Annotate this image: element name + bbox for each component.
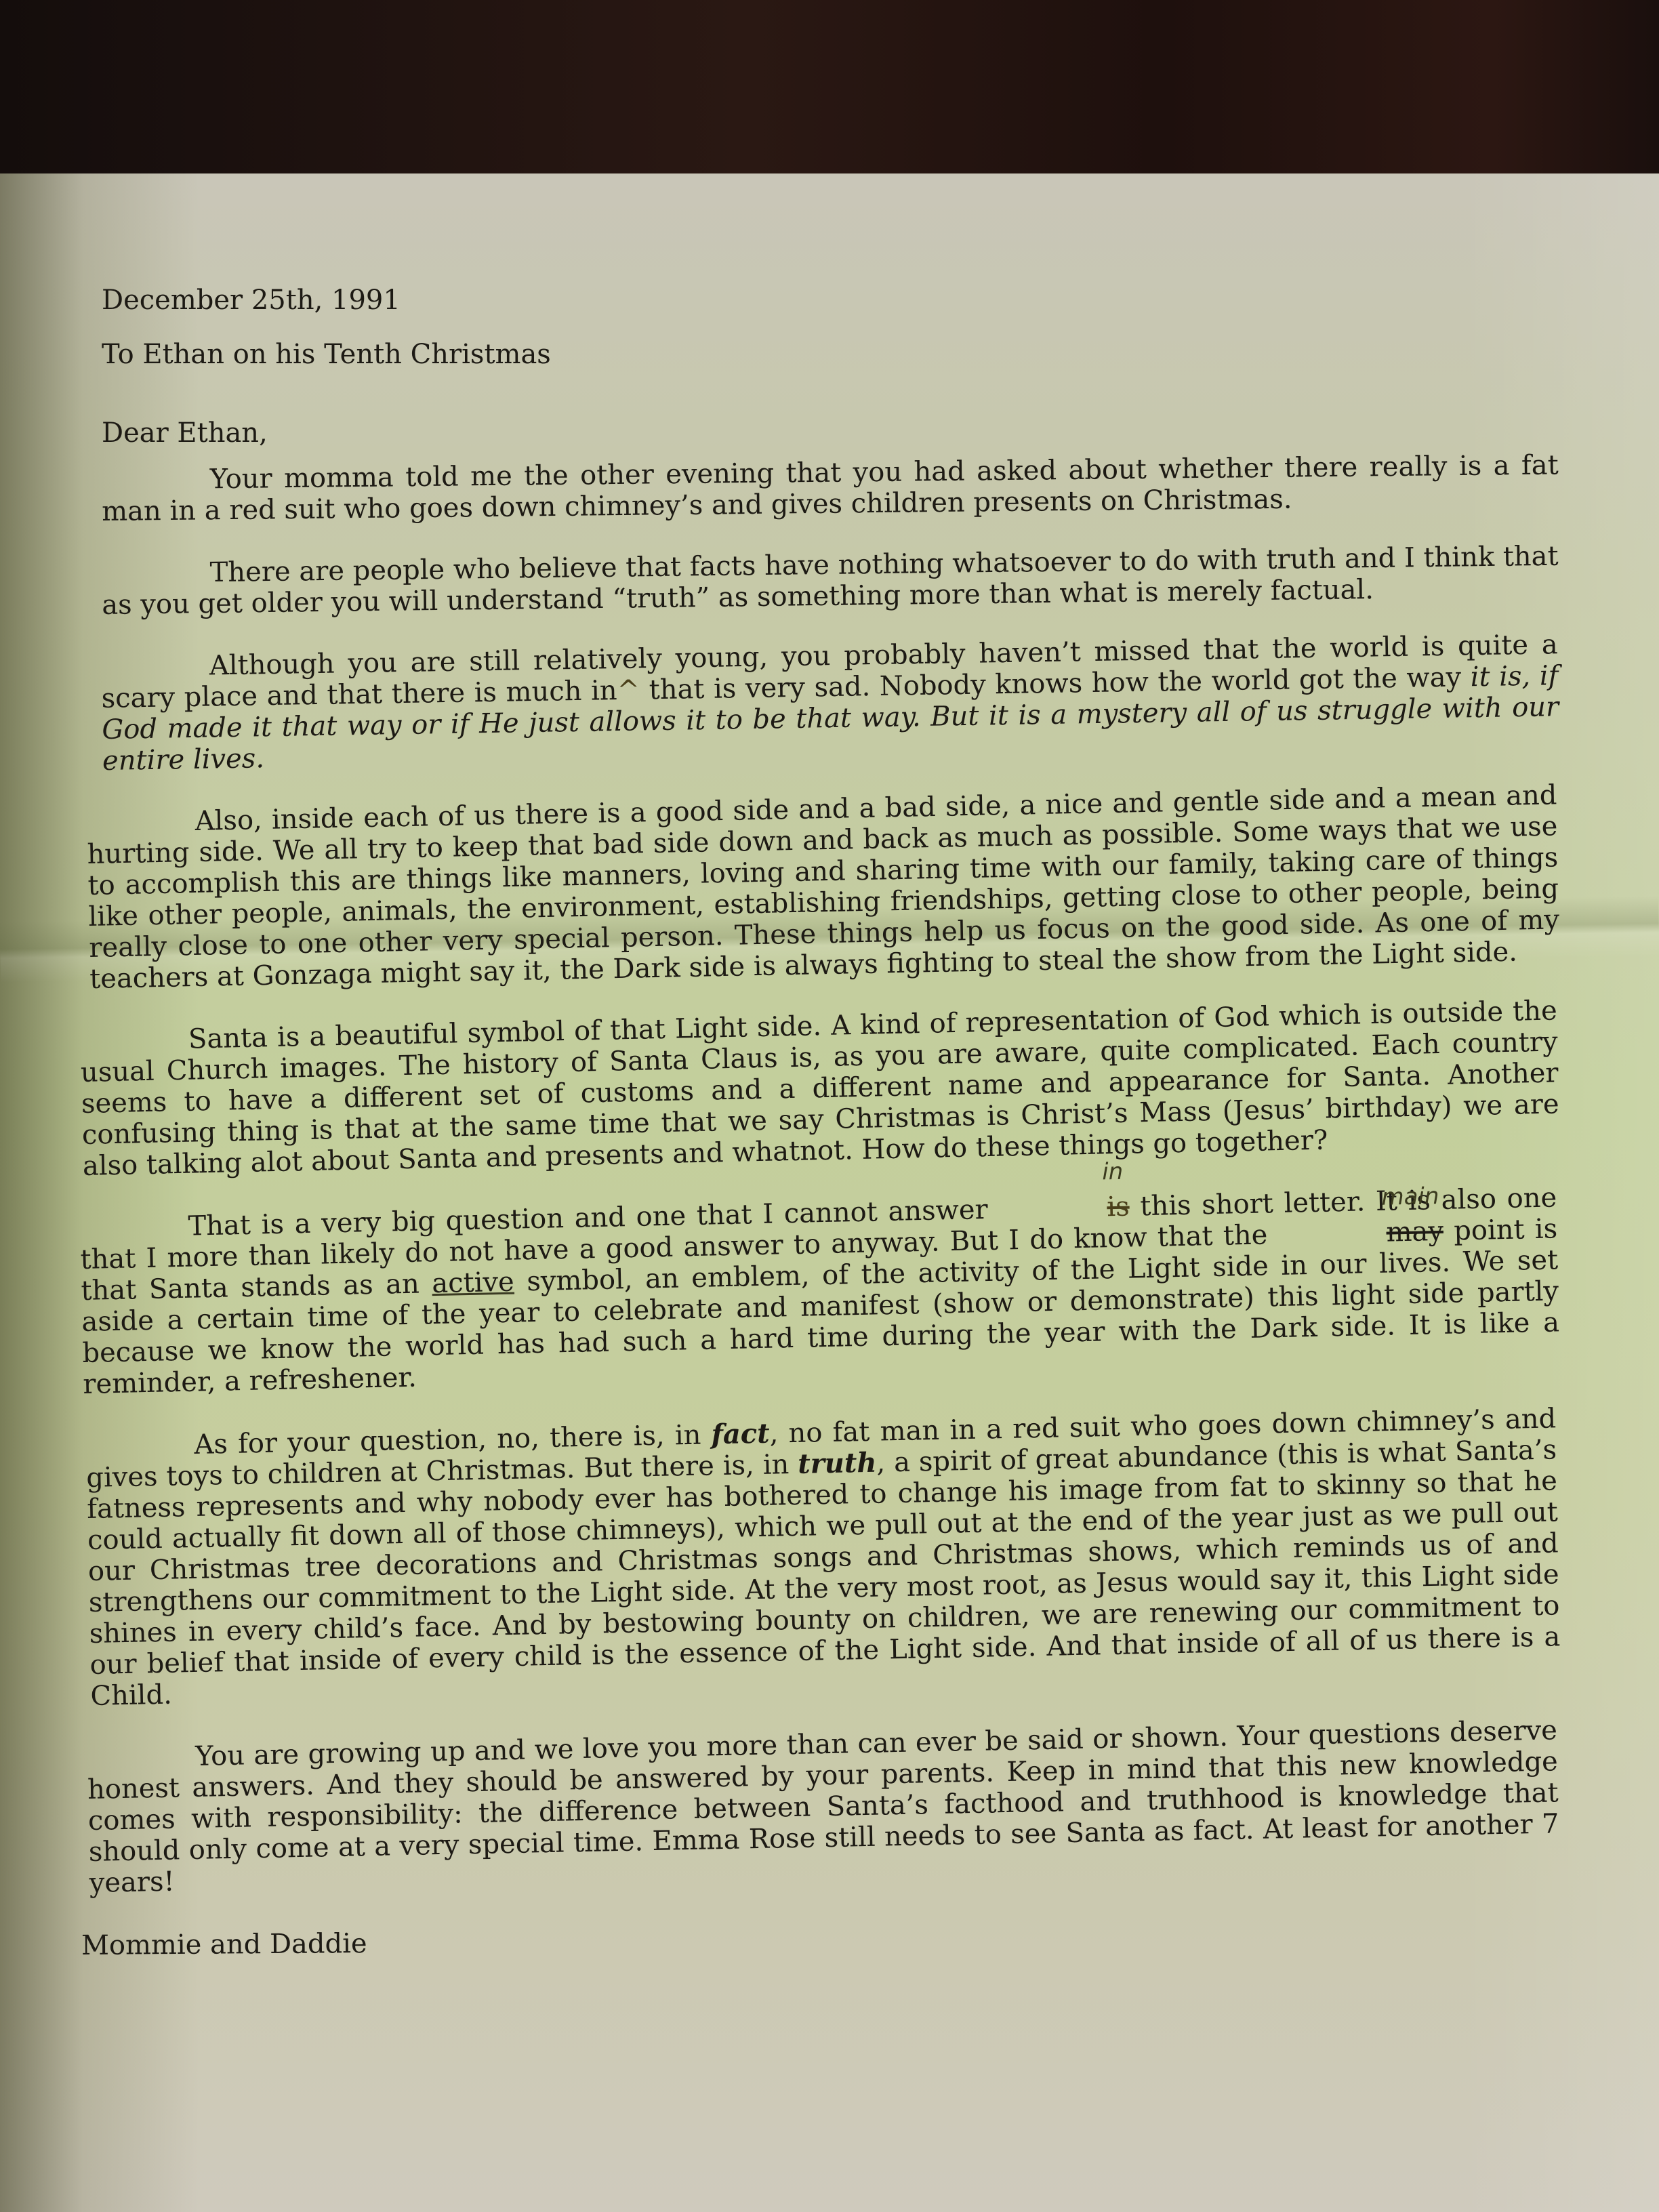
handwritten-insert: inis [998, 1191, 1130, 1225]
handwritten-correction: mainmay [1277, 1216, 1443, 1250]
paragraph-1: Your momma told me the other evening tha… [102, 449, 1559, 527]
paragraph-5: Santa is a beautiful symbol of that Ligh… [80, 995, 1560, 1182]
paragraph-7: As for your question, no, there is, in f… [85, 1403, 1561, 1712]
paragraph-4: Also, inside each of us there is a good … [86, 779, 1560, 995]
struck-word-may: may [1386, 1216, 1443, 1248]
handwritten-insert-note: in [994, 1156, 1124, 1190]
letter-salutation: Dear Ethan, [102, 417, 1559, 449]
emphasis-truth: truth [798, 1447, 877, 1480]
handwritten-correction-note: main [1273, 1181, 1439, 1215]
handwritten-caret-mark: ^ [617, 675, 640, 707]
paragraph-6: That is a very big question and one that… [79, 1182, 1560, 1400]
paragraph-2: There are people who believe that facts … [101, 541, 1559, 621]
struck-word-is: is [1107, 1191, 1130, 1223]
paragraph-3: Although you are still relatively young,… [101, 629, 1560, 777]
letter-body: December 25th, 1991 To Ethan on his Tent… [102, 285, 1559, 1961]
letter-dedication: To Ethan on his Tenth Christmas [102, 339, 1559, 370]
underlined-word-active: active [432, 1267, 514, 1300]
letter-signature: Mommie and Daddie [81, 1920, 1559, 1961]
table-background [0, 0, 1659, 175]
paragraph-8: You are growing up and we love you more … [87, 1715, 1560, 1899]
letter-date: December 25th, 1991 [102, 285, 1559, 316]
emphasis-fact: fact [711, 1418, 770, 1451]
